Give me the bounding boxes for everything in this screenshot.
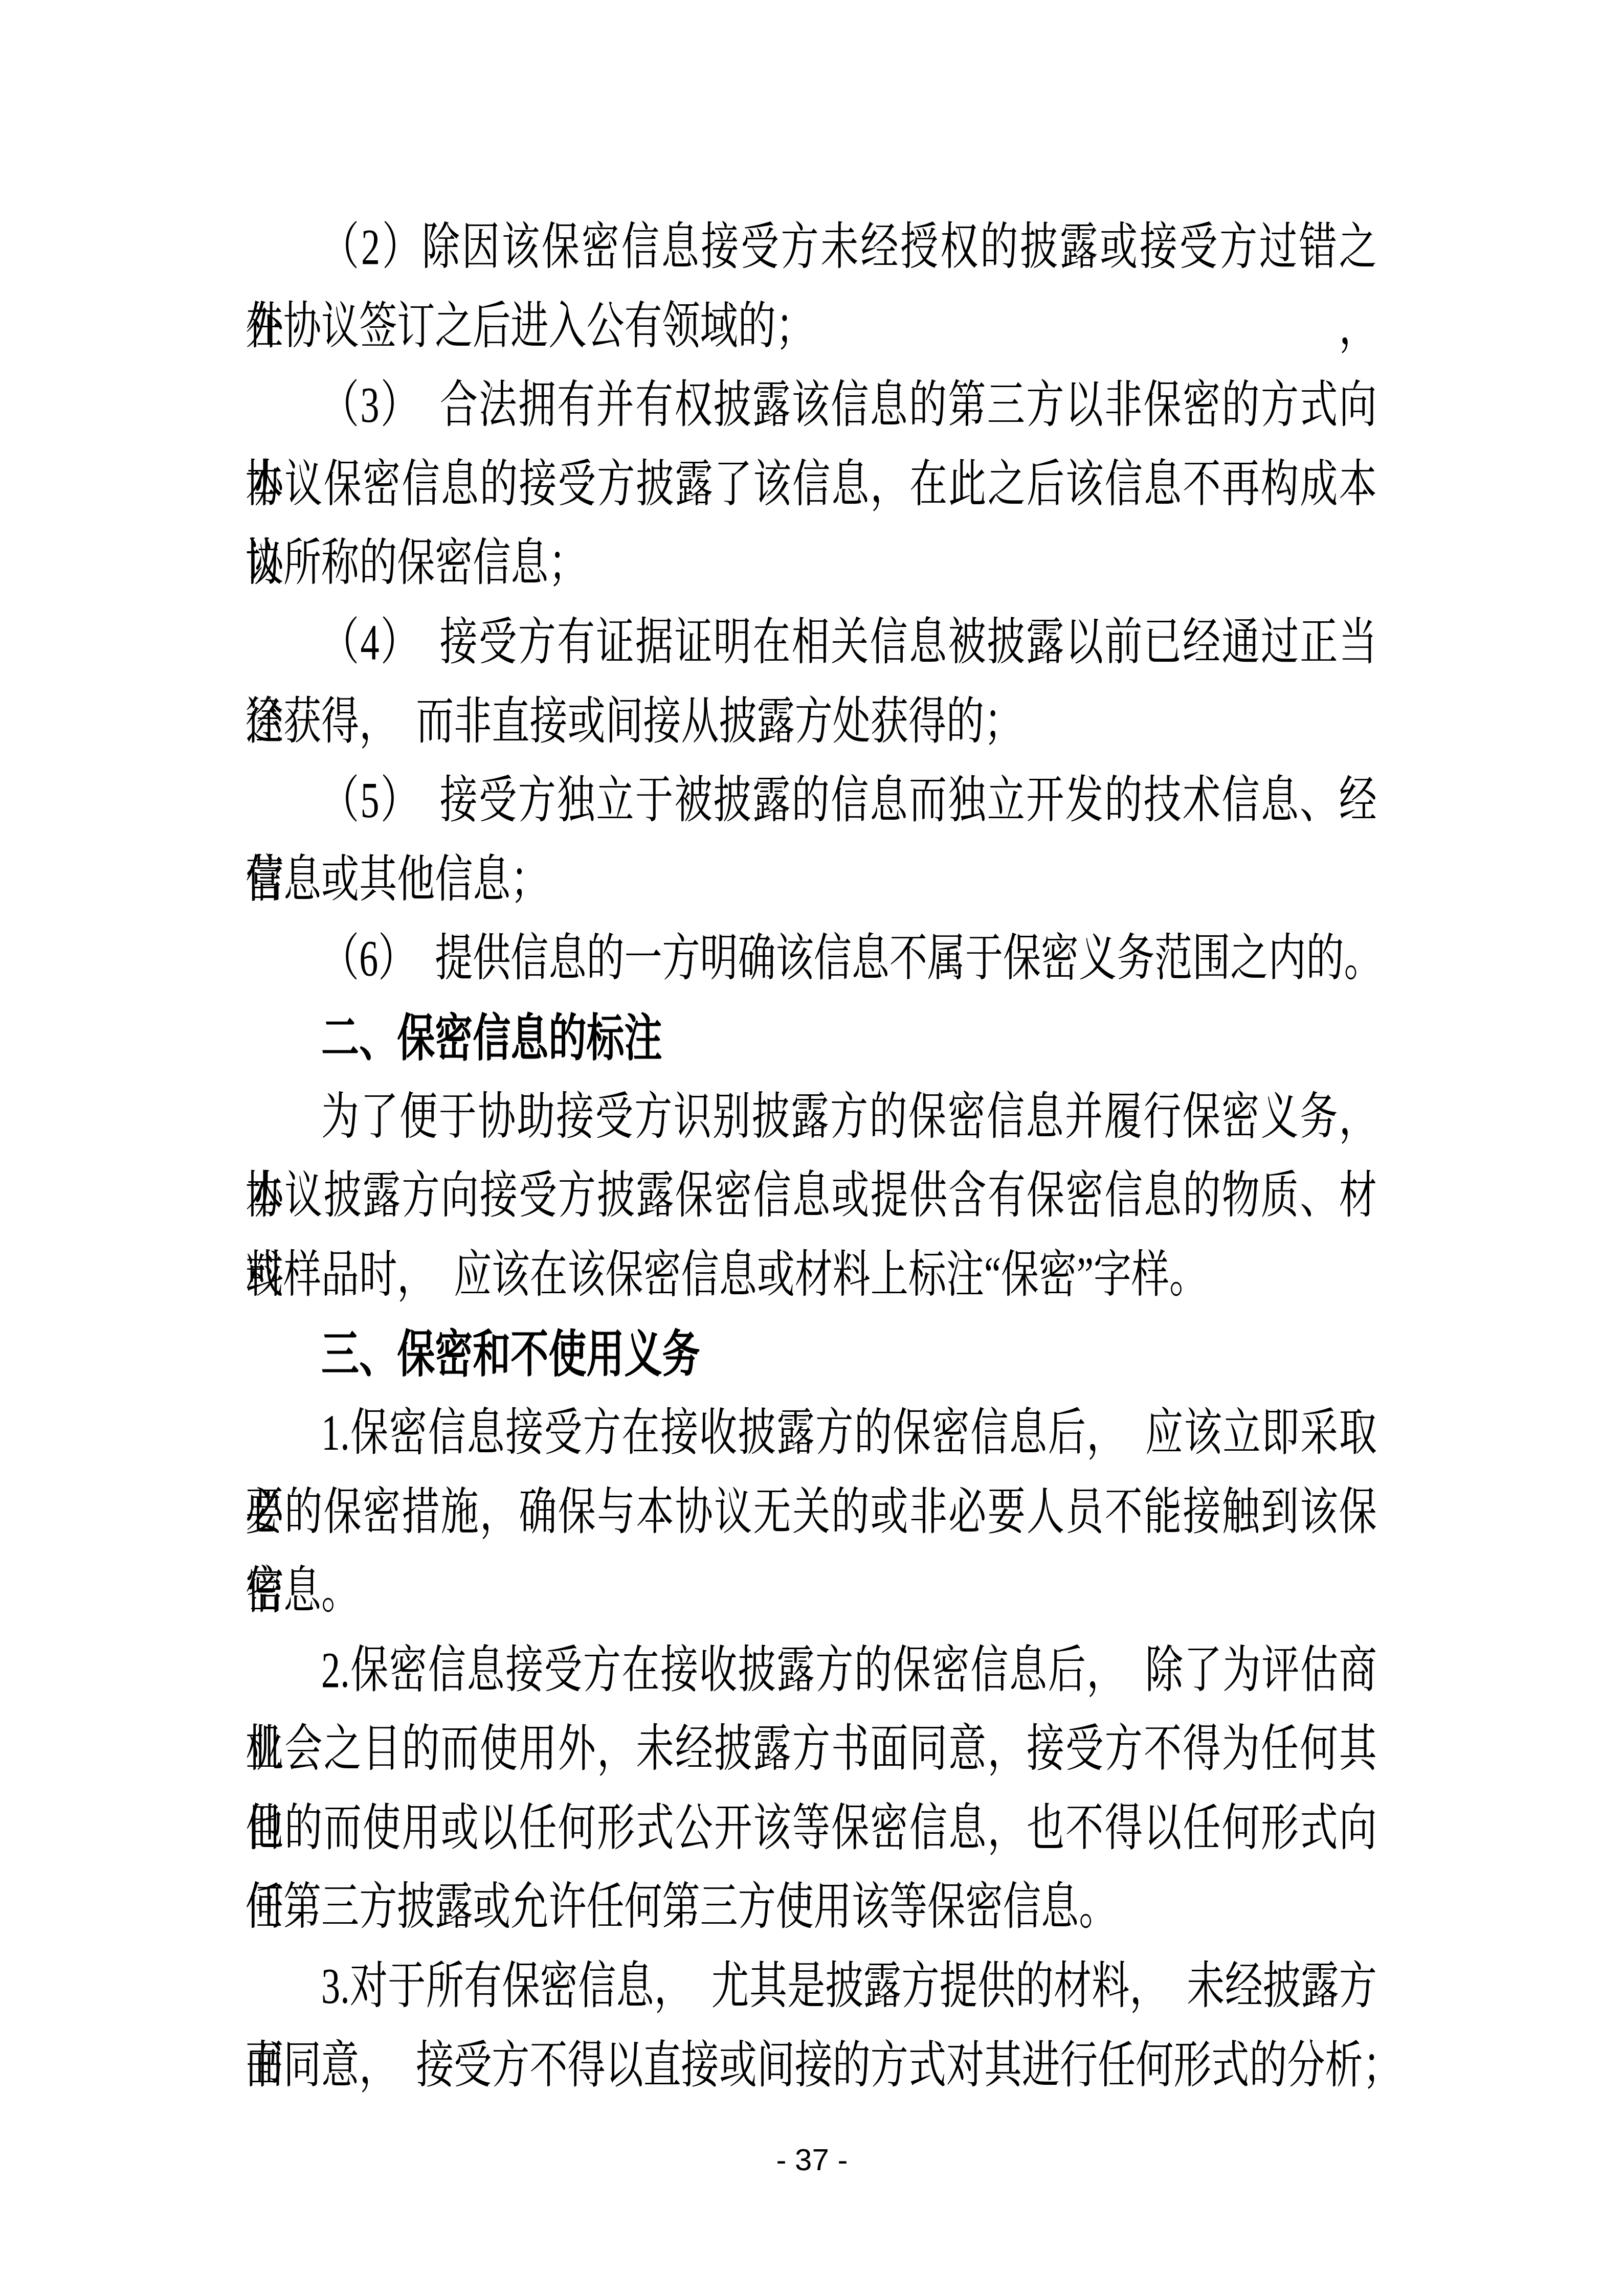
page-footer: - 37 - bbox=[0, 2144, 1624, 2176]
section-heading: 三、保密和不使用义务 bbox=[246, 1315, 1377, 1394]
text-line: 2.保密信息接受方在接收披露方的保密信息后， 除了为评估商业 bbox=[246, 1631, 1377, 1710]
text-line: （6） 提供信息的一方明确该信息不属于保密义务范围之内的。 bbox=[246, 919, 1377, 999]
text-line: 协议披露方向接受方披露保密信息或提供含有保密信息的物质、材料 bbox=[246, 1157, 1377, 1236]
text-line: 何第三方披露或允许任何第三方使用该等保密信息。 bbox=[246, 1868, 1377, 1947]
text-line: 或样品时， 应该在该保密信息或材料上标注“保密”字样。 bbox=[246, 1236, 1377, 1315]
text-line: （3） 合法拥有并有权披露该信息的第三方以非保密的方式向本 bbox=[246, 366, 1377, 445]
text-line: 议所称的保密信息； bbox=[246, 524, 1377, 603]
text-line: 目的而使用或以任何形式公开该等保密信息，也不得以任何形式向任 bbox=[246, 1789, 1377, 1869]
text-line: 信息。 bbox=[246, 1552, 1377, 1631]
page-number: - 37 - bbox=[776, 2143, 848, 2177]
text-line: 3.对于所有保密信息， 尤其是披露方提供的材料， 未经披露方书 bbox=[246, 1947, 1377, 2027]
text-line: 为了便于协助接受方识别披露方的保密信息并履行保密义务，本 bbox=[246, 1078, 1377, 1157]
text-line: 信息或其他信息； bbox=[246, 841, 1377, 920]
text-line: 在协议签订之后进入公有领域的； bbox=[246, 287, 1377, 367]
text-line: 1.保密信息接受方在接收披露方的保密信息后， 应该立即采取必 bbox=[246, 1394, 1377, 1473]
document-page: （2）除因该保密信息接受方未经授权的披露或接受方过错之外，在协议签订之后进入公有… bbox=[0, 0, 1624, 2296]
text-line: （2）除因该保密信息接受方未经授权的披露或接受方过错之外， bbox=[246, 208, 1377, 287]
text-block: （2）除因该保密信息接受方未经授权的披露或接受方过错之外，在协议签订之后进入公有… bbox=[246, 208, 1377, 2105]
text-line: 机会之目的而使用外，未经披露方书面同意，接受方不得为任何其他 bbox=[246, 1710, 1377, 1789]
text-line: （4） 接受方有证据证明在相关信息被披露以前已经通过正当途 bbox=[246, 603, 1377, 683]
text-line: 协议保密信息的接受方披露了该信息，在此之后该信息不再构成本协 bbox=[246, 445, 1377, 525]
text-line: 面同意， 接受方不得以直接或间接的方式对其进行任何形式的分析； bbox=[246, 2027, 1377, 2106]
text-line: （5） 接受方独立于被披露的信息而独立开发的技术信息、经营 bbox=[246, 761, 1377, 841]
section-heading: 二、保密信息的标注 bbox=[246, 999, 1377, 1078]
text-line: 要的保密措施，确保与本协议无关的或非必要人员不能接触到该保密 bbox=[246, 1473, 1377, 1552]
text-line: 径获得， 而非直接或间接从披露方处获得的； bbox=[246, 683, 1377, 762]
